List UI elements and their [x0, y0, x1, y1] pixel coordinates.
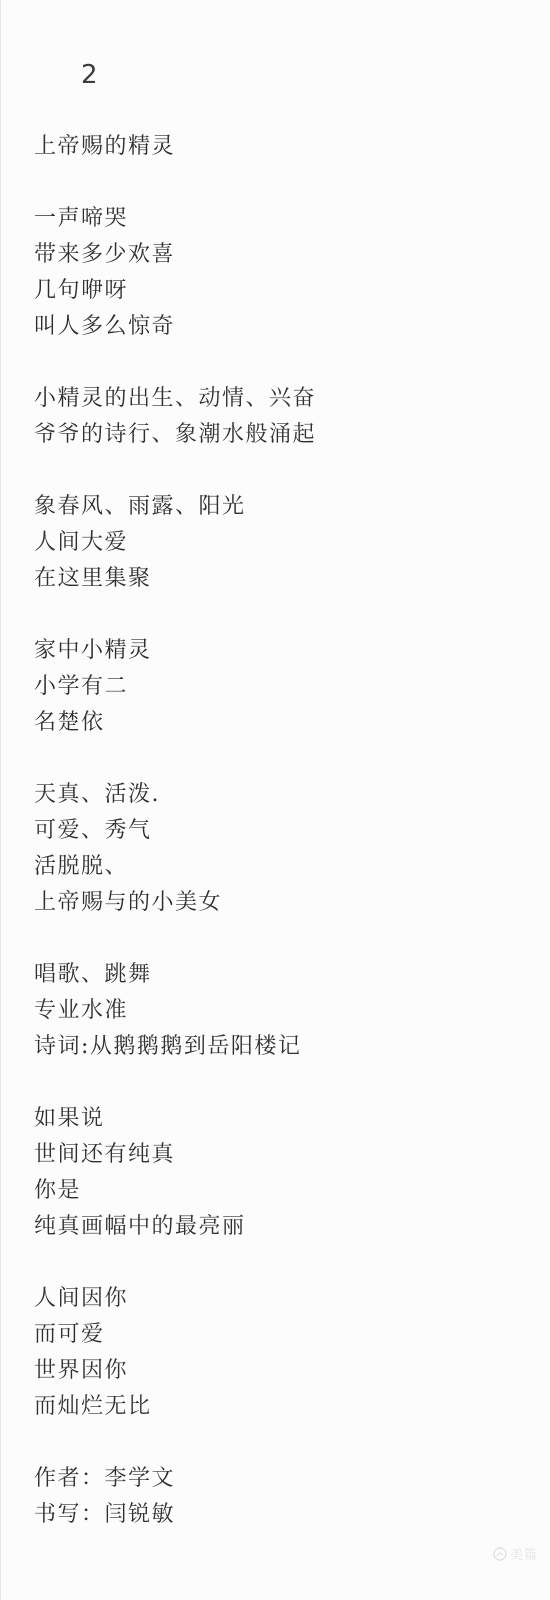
poem-line: 而灿烂无比	[34, 1389, 530, 1425]
app-watermark: 美篇	[493, 1544, 538, 1563]
poem-line: 一声啼哭	[34, 201, 530, 237]
poem-line: 专业水准	[34, 993, 530, 1029]
poem-line: 在这里集聚	[34, 561, 530, 597]
poem-line: 如果说	[34, 1101, 530, 1137]
meipian-logo-icon	[493, 1547, 507, 1561]
stanza-7: 如果说 世间还有纯真 你是 纯真画幅中的最亮丽	[34, 1101, 530, 1245]
poem-line: 可爱、秀气	[34, 813, 530, 849]
poem-line: 唱歌、跳舞	[34, 957, 530, 993]
poem-line: 活脱脱、	[34, 849, 530, 885]
poem-line: 纯真画幅中的最亮丽	[34, 1209, 530, 1245]
poem-line: 天真、活泼.	[34, 777, 530, 813]
poem-line: 上帝赐与的小美女	[34, 885, 530, 921]
poem-line: 你是	[34, 1173, 530, 1209]
author-credit: 作者：李学文	[34, 1461, 530, 1497]
poem-line: 带来多少欢喜	[34, 237, 530, 273]
calligrapher-credit: 书写：闫锐敏	[34, 1497, 530, 1533]
poem-title: 上帝赐的精灵	[34, 129, 530, 165]
poem-line: 小学有二	[34, 669, 530, 705]
poem-line: 人间大爱	[34, 525, 530, 561]
page-number: 2	[81, 57, 530, 93]
poem-line: 家中小精灵	[34, 633, 530, 669]
poem-line: 名楚依	[34, 705, 530, 741]
stanza-3: 象春风、雨露、阳光 人间大爱 在这里集聚	[34, 489, 530, 597]
stanza-4: 家中小精灵 小学有二 名楚依	[34, 633, 530, 741]
stanza-8: 人间因你 而可爱 世界因你 而灿烂无比	[34, 1281, 530, 1425]
stanza-2: 小精灵的出生、动情、兴奋 爷爷的诗行、象潮水般涌起	[34, 381, 530, 453]
poem-line: 小精灵的出生、动情、兴奋	[34, 381, 530, 417]
poem-line: 人间因你	[34, 1281, 530, 1317]
poem-line: 而可爱	[34, 1317, 530, 1353]
poem-line: 世界因你	[34, 1353, 530, 1389]
watermark-app-name: 美篇	[510, 1544, 538, 1563]
poem-line: 爷爷的诗行、象潮水般涌起	[34, 417, 530, 453]
poem-content: 2 上帝赐的精灵 一声啼哭 带来多少欢喜 几句咿呀 叫人多么惊奇 小精灵的出生、…	[1, 0, 550, 1533]
poem-line: 叫人多么惊奇	[34, 309, 530, 345]
poem-line: 诗词:从鹅鹅鹅到岳阳楼记	[34, 1029, 530, 1065]
poem-page: 2 上帝赐的精灵 一声啼哭 带来多少欢喜 几句咿呀 叫人多么惊奇 小精灵的出生、…	[0, 0, 550, 1600]
poem-line: 世间还有纯真	[34, 1137, 530, 1173]
poem-line: 象春风、雨露、阳光	[34, 489, 530, 525]
stanza-1: 一声啼哭 带来多少欢喜 几句咿呀 叫人多么惊奇	[34, 201, 530, 345]
poem-line: 几句咿呀	[34, 273, 530, 309]
stanza-5: 天真、活泼. 可爱、秀气 活脱脱、 上帝赐与的小美女	[34, 777, 530, 921]
stanza-6: 唱歌、跳舞 专业水准 诗词:从鹅鹅鹅到岳阳楼记	[34, 957, 530, 1065]
credits: 作者：李学文 书写：闫锐敏	[34, 1461, 530, 1533]
